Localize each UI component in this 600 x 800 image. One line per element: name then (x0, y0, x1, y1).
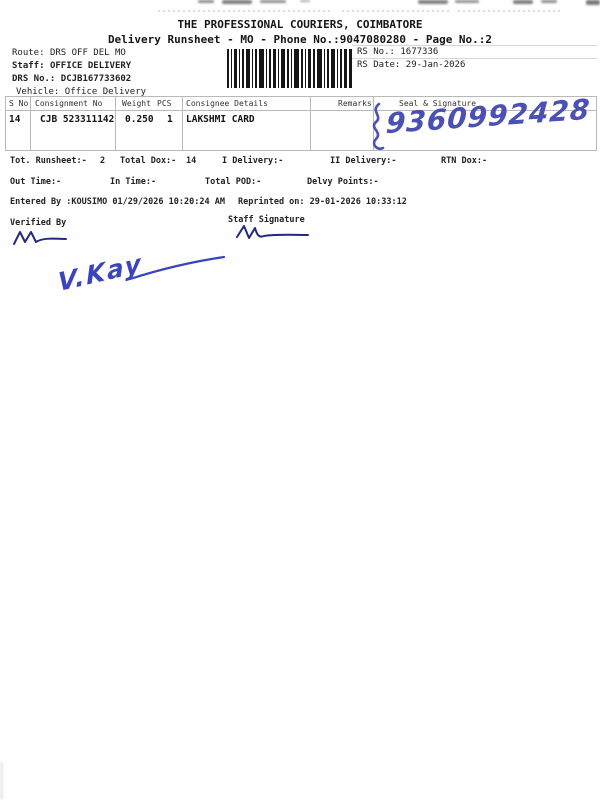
out-time-label: Out Time:- (10, 177, 61, 187)
tot-runsheet-label: Tot. Runsheet:- (10, 156, 87, 166)
scan-artifact (513, 0, 533, 4)
total-dox-value: 14 (186, 156, 196, 166)
staff-signature-scribble (233, 223, 313, 245)
table-rule (5, 96, 6, 150)
barcode-icon (227, 49, 352, 88)
delivery-runsheet-scan: THE PROFESSIONAL COURIERS, COIMBATORE De… (0, 0, 600, 800)
scan-artifact (586, 0, 600, 5)
rs-panel-top-rule (352, 45, 597, 46)
col-header-consignment: Consignment No (35, 99, 102, 108)
cell-weight: 0.250 (125, 114, 154, 125)
drs-no-value: DCJB167733602 (61, 74, 131, 84)
rs-date-line: RS Date: 29-Jan-2026 (357, 60, 465, 70)
i-delivery-label: I Delivery:- (222, 156, 283, 166)
reprinted-on-line: Reprinted on: 29-01-2026 10:33:12 (238, 197, 407, 207)
entered-by-line: Entered By :KOUSIMO 01/29/2026 10:20:24 … (10, 197, 225, 207)
rs-no-value: 1677336 (400, 47, 438, 57)
scan-artifact (198, 0, 214, 3)
scan-artifact (300, 0, 310, 2)
scan-artifact (0, 762, 3, 800)
scan-artifact (541, 0, 557, 3)
col-header-consignee: Consignee Details (186, 99, 268, 108)
scan-artifact (418, 0, 448, 4)
table-rule (5, 96, 597, 97)
route-value: DRS OFF DEL MO (50, 48, 126, 58)
cell-consignment: CJB 523311142 (40, 114, 114, 125)
rs-no-label: RS No.: (357, 47, 395, 57)
col-header-sno: S No (9, 99, 28, 108)
scan-artifact (260, 0, 286, 3)
col-header-weight: Weight (122, 99, 151, 108)
staff-label: Staff: (12, 61, 45, 71)
rs-no-line: RS No.: 1677336 (357, 47, 438, 57)
scan-artifact (158, 10, 333, 12)
table-rule (115, 96, 116, 150)
table-rule (182, 96, 183, 150)
table-rule (310, 96, 311, 150)
runner-signature-tail-stroke (128, 255, 228, 281)
drs-no-label: DRS No.: (12, 74, 55, 84)
table-rule (596, 96, 597, 150)
page-title: THE PROFESSIONAL COURIERS, COIMBATORE (0, 18, 600, 31)
total-pod-label: Total POD:- (205, 177, 261, 187)
scan-artifact (458, 10, 563, 12)
cell-sno: 14 (9, 114, 20, 125)
rs-date-label: RS Date: (357, 60, 400, 70)
cell-consignee: LAKSHMI CARD (186, 114, 255, 125)
delvy-points-label: Delvy Points:- (307, 177, 379, 187)
route-line: Route: DRS OFF DEL MO (12, 48, 126, 58)
route-label: Route: (12, 48, 45, 58)
ii-delivery-label: II Delivery:- (330, 156, 397, 166)
in-time-label: In Time:- (110, 177, 156, 187)
rtn-dox-label: RTN Dox:- (441, 156, 487, 166)
table-rule (30, 96, 31, 150)
tot-runsheet-value: 2 (100, 156, 105, 166)
staff-line: Staff: OFFICE DELIVERY (12, 61, 131, 71)
scan-artifact (455, 0, 479, 3)
cell-pcs: 1 (167, 114, 173, 125)
total-dox-label: Total Dox:- (120, 156, 176, 166)
table-rule (5, 150, 597, 151)
staff-value: OFFICE DELIVERY (50, 61, 131, 71)
col-header-pcs: PCS (157, 99, 171, 108)
rs-panel-mid-rule (352, 58, 597, 59)
scan-artifact (222, 0, 252, 4)
verified-by-signature-scribble (12, 227, 70, 251)
scan-artifact (342, 10, 452, 12)
drs-no-line: DRS No.: DCJB167733602 (12, 74, 131, 84)
rs-date-value: 29-Jan-2026 (406, 60, 466, 70)
